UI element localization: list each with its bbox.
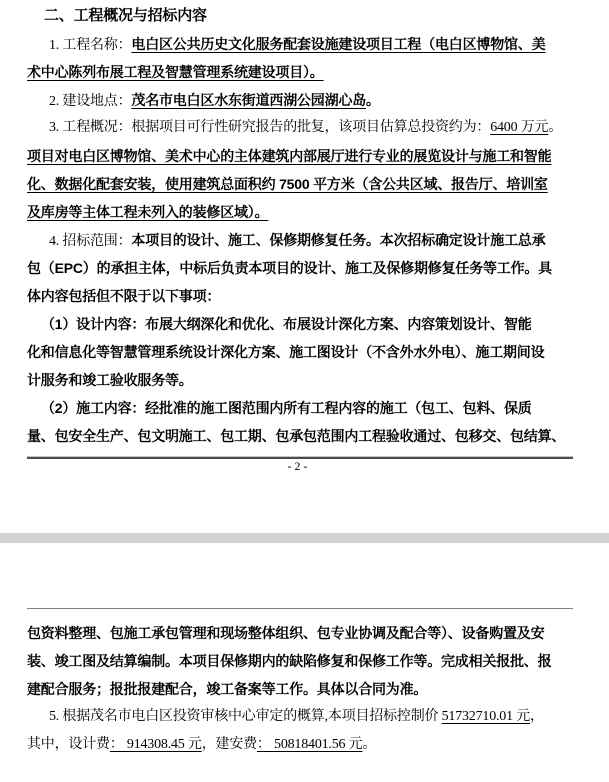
text-line: 包（EPC）的承担主体，中标后负责本项目的设计、施工及保修期修复任务等工作。具: [27, 254, 587, 282]
text-line: 2. 建设地点：茂名市电白区水东街道西湖公园湖心岛。: [27, 86, 587, 114]
text-segment: 2. 建设地点：: [49, 94, 131, 109]
text-segment: 包（EPC）的承担主体，中标后负责本项目的设计、施工及保修期修复任务等工作。具: [27, 260, 552, 276]
text-line: 建配合服务；报批报建配合，竣工备案等工作。具体以合同为准。: [27, 675, 587, 703]
text-segment: 3. 工程概况：根据项目可行性研究报告的批复，该项目估算总投资约为：: [49, 120, 490, 135]
text-segment: 。: [362, 737, 376, 752]
text-line: 3. 工程概况：根据项目可行性研究报告的批复，该项目估算总投资约为：6400 万…: [27, 114, 587, 142]
text-segment: 装、竣工图及结算编制。本项目保修期内的缺陷修复和保修工作等。完成相关报批、报: [27, 653, 551, 669]
text-line: 项目对电白区博物馆、美术中心的主体建筑内部展厅进行专业的展览设计与施工和智能: [27, 142, 587, 170]
text-segment: 。: [548, 120, 562, 135]
text-line: 其中，设计费： 914308.45 元，建安费： 50818401.56 元。: [27, 731, 587, 759]
text-segment: （2）施工内容：经批准的施工图范围内所有工程内容的施工（包工、包料、保质: [41, 400, 532, 416]
page-number: - 2 -: [0, 459, 595, 474]
page-3-text-block: 包资料整理、包施工承包管理和现场整体组织、包专业协调及配合等）、设备购置及安装、…: [27, 619, 587, 759]
text-segment: 51732710.01 元: [442, 709, 530, 724]
text-segment: 包资料整理、包施工承包管理和现场整体组织、包专业协调及配合等）、设备购置及安: [27, 625, 544, 641]
text-line: 二、工程概况与招标内容: [27, 2, 587, 30]
text-line: 4. 招标范围：本项目的设计、施工、保修期修复任务。本次招标确定设计施工总承: [27, 226, 587, 254]
text-segment: 其中，设计费: [27, 737, 110, 752]
text-segment: 本项目的设计、施工、保修期修复任务。本次招标确定设计施工总承: [131, 232, 545, 248]
text-segment: 。: [366, 92, 380, 108]
text-line: （2）施工内容：经批准的施工图范围内所有工程内容的施工（包工、包料、保质: [27, 394, 587, 422]
text-segment: 茂名市电白区水东街道西湖公园湖心岛: [131, 92, 366, 108]
text-line: 包资料整理、包施工承包管理和现场整体组织、包专业协调及配合等）、设备购置及安: [27, 619, 587, 647]
text-segment: ： 914308.45 元: [110, 737, 202, 752]
page-2-text-block: 二、工程概况与招标内容1. 工程名称：电白区公共历史文化服务配套设施建设项目工程…: [27, 2, 587, 450]
text-segment: （1）设计内容：布展大纲深化和优化、布展设计深化方案、内容策划设计、智能: [41, 316, 532, 332]
text-line: （1）设计内容：布展大纲深化和优化、布展设计深化方案、内容策划设计、智能: [27, 310, 587, 338]
text-line: 装、竣工图及结算编制。本项目保修期内的缺陷修复和保修工作等。完成相关报批、报: [27, 647, 587, 675]
text-segment: 术中心陈列布展工程及智慧管理系统建设项目）。: [27, 64, 324, 80]
text-segment: 5. 根据茂名市电白区投资审核中心审定的概算,本项目招标控制价: [49, 709, 442, 724]
text-segment: 6400 万元: [490, 120, 548, 135]
text-line: 化、数据化配套安装，使用建筑总面积约 7500 平方米（含公共区域、报告厅、培训…: [27, 170, 587, 198]
text-segment: 化和信息化等智慧管理系统设计深化方案、施工图设计（不含外水外电）、施工期间设: [27, 344, 544, 360]
text-segment: ，建安费: [202, 737, 257, 752]
text-line: 及库房等主体工程未列入的装修区域）。: [27, 198, 587, 226]
text-line: 量、包安全生产、包文明施工、包工期、包承包范围内工程验收通过、包移交、包结算、: [27, 422, 587, 450]
text-segment: 化、数据化配套安装，使用建筑总面积约 7500 平方米（含公共区域、报告厅、培训…: [27, 176, 548, 192]
text-segment: 项目对电白区博物馆、美术中心的主体建筑内部展厅进行专业的展览设计与施工和智能: [27, 148, 551, 164]
text-line: 计服务和竣工验收服务等。: [27, 366, 587, 394]
text-segment: 4. 招标范围：: [49, 234, 131, 249]
text-segment: 二、工程概况与招标内容: [44, 7, 207, 24]
text-segment: 计服务和竣工验收服务等。: [27, 372, 193, 388]
text-segment: 建配合服务；报批报建配合，竣工备案等工作。具体以合同为准。: [27, 681, 427, 697]
text-line: 体内容包括但不限于以下事项：: [27, 282, 587, 310]
text-segment: ： 50818401.56 元: [257, 737, 363, 752]
page-separator-band: [0, 533, 609, 543]
text-segment: 体内容包括但不限于以下事项：: [27, 288, 220, 304]
text-line: 化和信息化等智慧管理系统设计深化方案、施工图设计（不含外水外电）、施工期间设: [27, 338, 587, 366]
text-line: 1. 工程名称：电白区公共历史文化服务配套设施建设项目工程（电白区博物馆、美: [27, 30, 587, 58]
text-line: 5. 根据茂名市电白区投资审核中心审定的概算,本项目招标控制价 51732710…: [27, 703, 587, 731]
text-segment: 电白区公共历史文化服务配套设施建设项目工程（电白区博物馆、美: [131, 36, 545, 52]
text-segment: 及库房等主体工程未列入的装修区域）。: [27, 204, 268, 220]
text-line: 术中心陈列布展工程及智慧管理系统建设项目）。: [27, 58, 587, 86]
text-segment: ，: [530, 709, 544, 724]
document-canvas: 二、工程概况与招标内容1. 工程名称：电白区公共历史文化服务配套设施建设项目工程…: [0, 0, 609, 782]
text-segment: 1. 工程名称：: [49, 38, 131, 53]
text-segment: 量、包安全生产、包文明施工、包工期、包承包范围内工程验收通过、包移交、包结算、: [27, 428, 565, 444]
page-3-header-rule: [27, 608, 573, 609]
